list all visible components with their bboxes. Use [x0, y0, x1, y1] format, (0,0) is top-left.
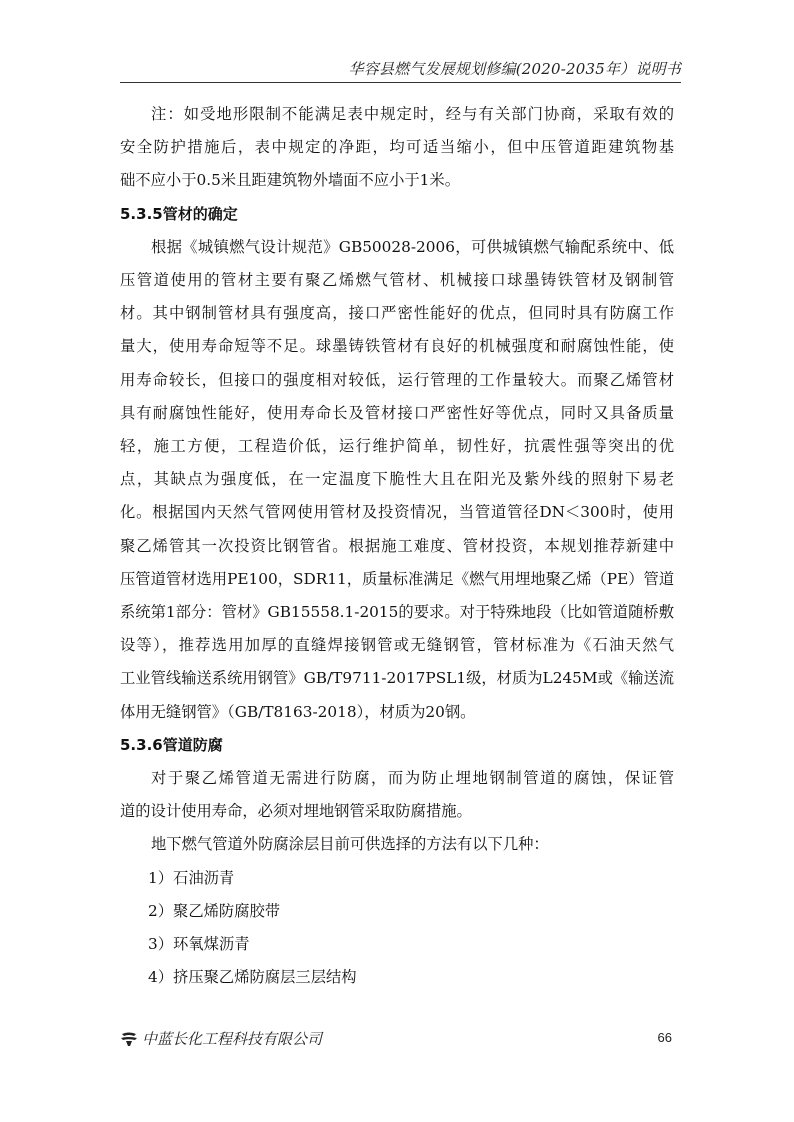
page-body: 注：如受地形限制不能满足表中规定时，经与有关部门协商，采取有效的 安全防护措施后… — [120, 98, 674, 994]
text-line: 化。根据国内天然气管网使用管材及投资情况，当管道管径DN＜300时，使用 — [120, 496, 674, 529]
text-line: 具有耐腐蚀性能好，使用寿命长及管材接口严密性好等优点，同时又具备质量 — [120, 397, 674, 430]
text-line: 材。其中钢制管材具有强度高，接口严密性能好的优点，但同时具有防腐工作 — [120, 297, 674, 330]
list-item: 3）环氧煤沥青 — [120, 928, 674, 961]
text-line: 道的设计使用寿命，必须对埋地钢管采取防腐措施。 — [120, 795, 674, 828]
page-number: 66 — [658, 1030, 672, 1045]
text-line: 对于聚乙烯管道无需进行防腐，而为防止埋地钢制管道的腐蚀，保证管 — [120, 762, 674, 795]
pipe-material-paragraph: 根据《城镇燃气设计规范》GB50028-2006，可供城镇燃气输配系统中、低 压… — [120, 231, 674, 729]
text-line: 量大，使用寿命短等不足。球墨铸铁管材有良好的机械强度和耐腐蚀性能，使 — [120, 330, 674, 363]
company-logo-icon — [120, 1031, 138, 1047]
text-line: 压管道使用的管材主要有聚乙烯燃气管材、机械接口球墨铸铁管材及钢制管 — [120, 264, 674, 297]
company-name: 中蓝长化工程科技有限公司 — [142, 1028, 322, 1049]
text-line: 础不应小于0.5米且距建筑物外墙面不应小于1米。 — [120, 164, 674, 197]
list-item: 1）石油沥青 — [120, 862, 674, 895]
list-item: 2）聚乙烯防腐胶带 — [120, 895, 674, 928]
document-title: 华容县燃气发展规划修编(2020-2035年）说明书 — [349, 58, 681, 79]
text-line: 轻，施工方便，工程造价低，运行维护简单，韧性好，抗震性强等突出的优 — [120, 430, 674, 463]
list-item: 4）挤压聚乙烯防腐层三层结构 — [120, 961, 674, 994]
text-line: 用寿命较长，但接口的强度相对较低，运行管理的工作量较大。而聚乙烯管材 — [120, 364, 674, 397]
text-line: 聚乙烯管其一次投资比钢管省。根据施工难度、管材投资，本规划推荐新建中 — [120, 530, 674, 563]
text-line: 体用无缝钢管》（GB/T8163-2018），材质为20钢。 — [120, 696, 674, 729]
text-line: 系统第1部分：管材》GB15558.1-2015的要求。对于特殊地段（比如管道随… — [120, 596, 674, 629]
page-footer: 中蓝长化工程科技有限公司 66 — [120, 1028, 672, 1052]
coating-methods-list: 1）石油沥青 2）聚乙烯防腐胶带 3）环氧煤沥青 4）挤压聚乙烯防腐层三层结构 — [120, 862, 674, 995]
text-line: 根据《城镇燃气设计规范》GB50028-2006，可供城镇燃气输配系统中、低 — [120, 231, 674, 264]
section-heading-5-3-6: 5.3.6管道防腐 — [120, 729, 674, 762]
coating-methods-intro: 地下燃气管道外防腐涂层目前可供选择的方法有以下几种： — [120, 828, 674, 861]
text-line: 压管道管材选用PE100，SDR11，质量标准满足《燃气用埋地聚乙烯（PE）管道 — [120, 563, 674, 596]
note-paragraph: 注：如受地形限制不能满足表中规定时，经与有关部门协商，采取有效的 安全防护措施后… — [120, 98, 674, 198]
section-heading-5-3-5: 5.3.5管材的确定 — [120, 198, 674, 231]
text-line: 地下燃气管道外防腐涂层目前可供选择的方法有以下几种： — [120, 828, 674, 861]
anticorrosion-paragraph: 对于聚乙烯管道无需进行防腐，而为防止埋地钢制管道的腐蚀，保证管 道的设计使用寿命… — [120, 762, 674, 828]
text-line: 工业管线输送系统用钢管》GB/T9711-2017PSL1级，材质为L245M或… — [120, 662, 674, 695]
text-line: 安全防护措施后，表中规定的净距，均可适当缩小，但中压管道距建筑物基 — [120, 131, 674, 164]
text-line: 设等），推荐选用加厚的直缝焊接钢管或无缝钢管，管材标准为《石油天然气 — [120, 629, 674, 662]
text-line: 注：如受地形限制不能满足表中规定时，经与有关部门协商，采取有效的 — [120, 98, 674, 131]
header-divider — [120, 82, 681, 83]
text-line: 点，其缺点为强度低，在一定温度下脆性大且在阳光及紫外线的照射下易老 — [120, 463, 674, 496]
